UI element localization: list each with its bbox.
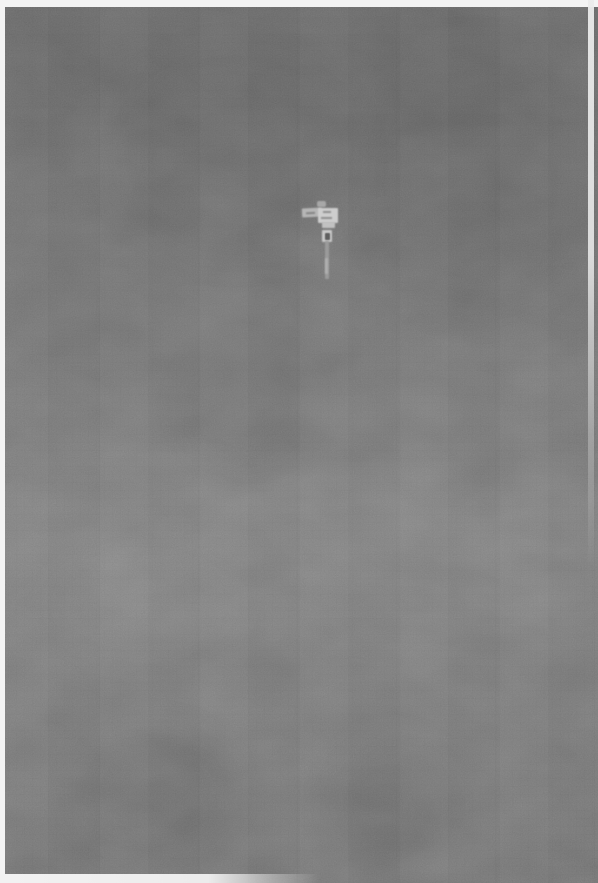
scan-margin-left [0, 0, 5, 883]
scan-margin-right [588, 0, 594, 565]
scan-margin-bottom [0, 874, 320, 883]
signpost-lower-tab [322, 222, 335, 228]
sign-marking [323, 211, 331, 213]
sign-marking [306, 212, 315, 214]
sign-marking [321, 217, 332, 219]
signpost-right-sign-panel [318, 208, 338, 223]
scanned-photo-page [0, 0, 598, 883]
photo [0, 0, 598, 883]
scan-margin-top [0, 0, 598, 7]
signpost-top-knob [317, 201, 326, 207]
signpost-marker-dark-center [325, 233, 330, 240]
film-grain-texture [0, 0, 598, 883]
signpost-pole-highlight [325, 258, 328, 274]
